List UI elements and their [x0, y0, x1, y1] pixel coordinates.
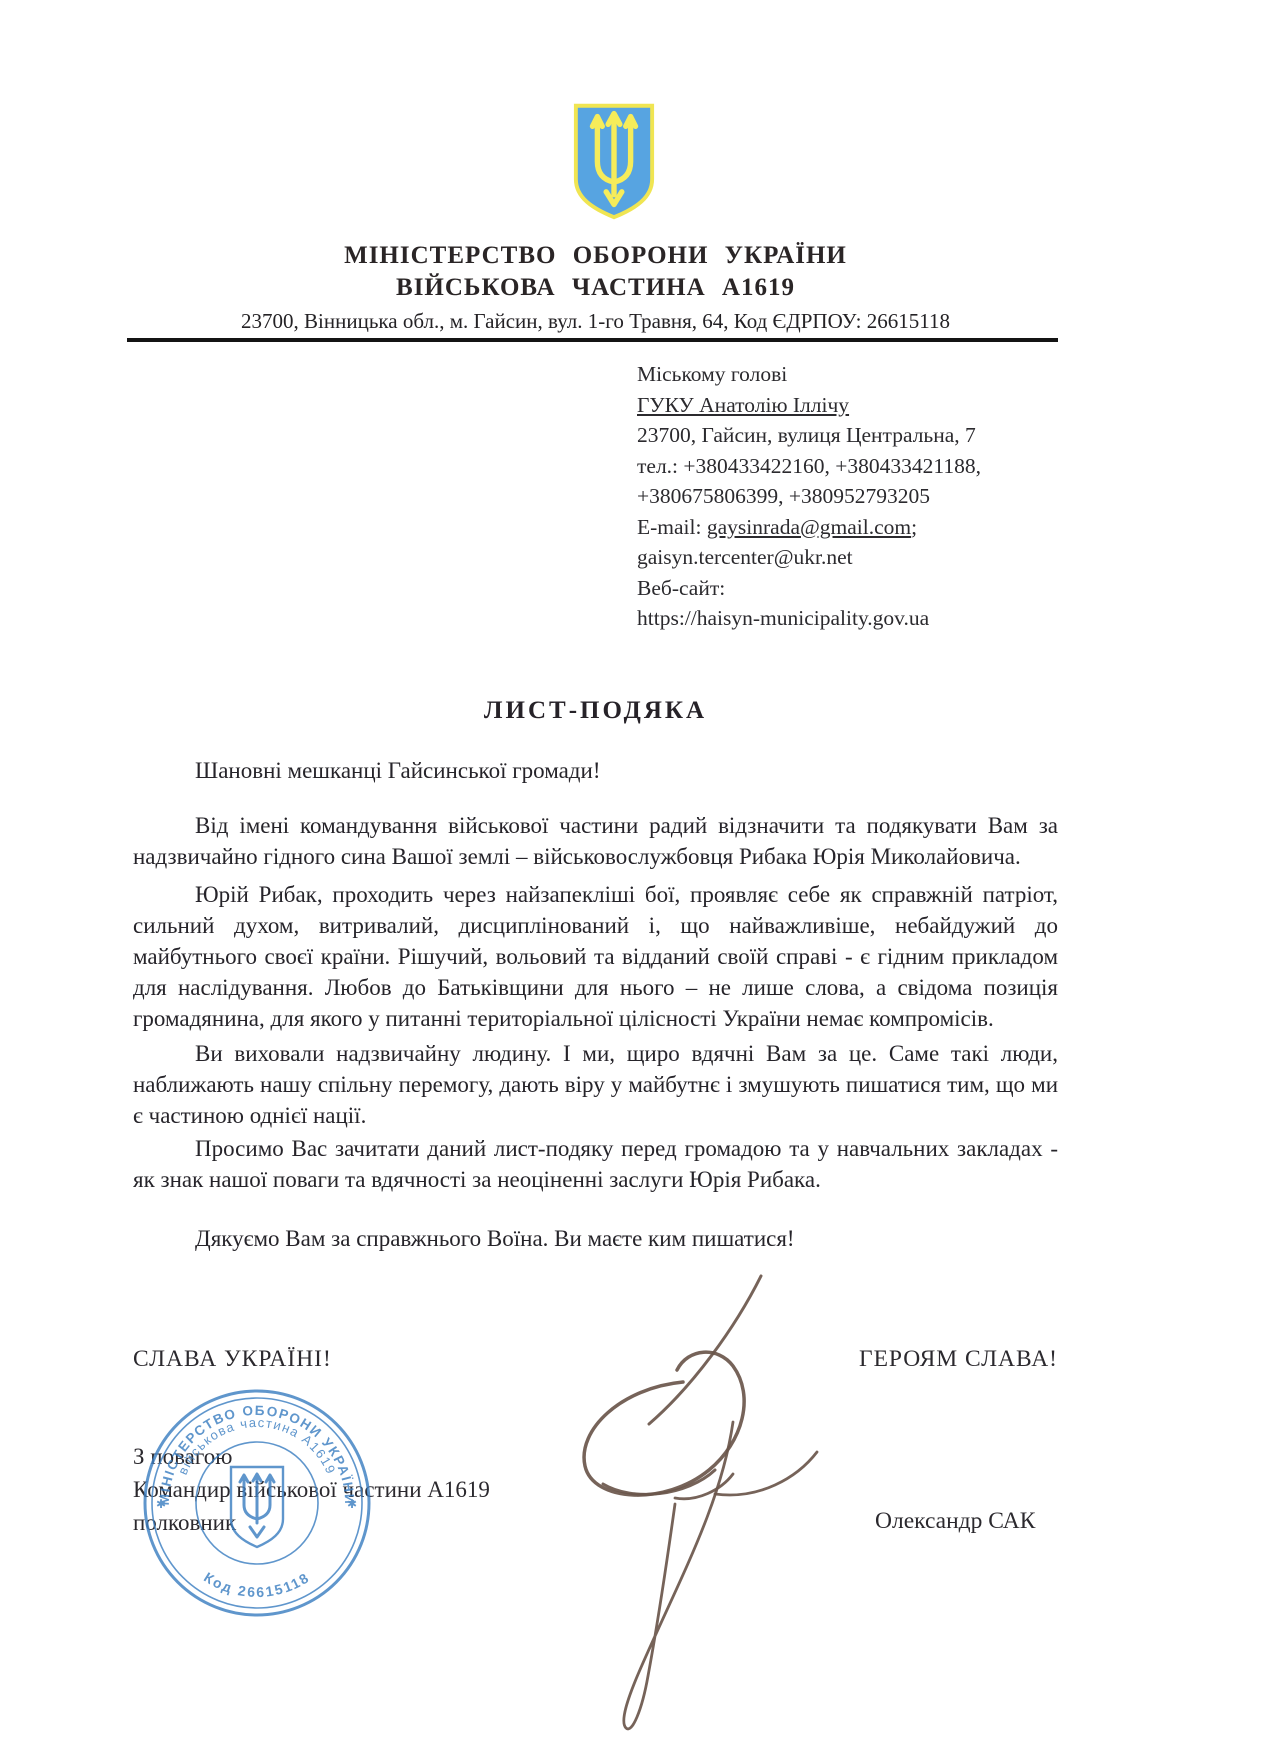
slogan-slava-ukraini: СЛАВА УКРАЇНІ! — [133, 1346, 332, 1373]
stamp-code-text: Код 26615118 — [201, 1569, 313, 1600]
stamp-star-left: ✱ — [156, 1497, 166, 1511]
paragraph-5: Дякуємо Вам за справжнього Воїна. Ви має… — [133, 1223, 1058, 1254]
round-stamp: МІНІСТЕРСТВО ОБОРОНИ УКРАЇНИ військова ч… — [138, 1384, 376, 1622]
recipient-name: ГУКУ Анатолію Іллічу — [637, 390, 1058, 421]
military-unit-name: ВІЙСЬКОВА ЧАСТИНА А1619 — [133, 274, 1058, 302]
letterhead-divider — [127, 338, 1058, 342]
handwritten-signature — [525, 1262, 835, 1740]
signer-name: Олександр САК — [875, 1508, 1035, 1535]
letterhead: МІНІСТЕРСТВО ОБОРОНИ УКРАЇНИ ВІЙСЬКОВА Ч… — [133, 98, 1058, 342]
email-primary-link[interactable]: gaysinrada@gmail.com — [707, 515, 911, 539]
recipient-email-line: E-mail: gaysinrada@gmail.com; — [637, 512, 1058, 543]
salutation: Шановні мешканці Гайсинської громади! — [133, 758, 1058, 784]
website-label: Веб-сайт: — [637, 573, 1058, 604]
stamp-star-right: ✱ — [347, 1497, 357, 1511]
paragraph-4: Просимо Вас зачитати даний лист-подяку п… — [133, 1133, 1058, 1195]
ministry-name: МІНІСТЕРСТВО ОБОРОНИ УКРАЇНИ — [133, 242, 1058, 270]
unit-address-line: 23700, Вінницька обл., м. Гайсин, вул. 1… — [133, 308, 1058, 335]
recipient-address: 23700, Гайсин, вулиця Центральна, 7 — [637, 420, 1058, 451]
email-separator: ; — [911, 515, 917, 539]
slogan-heroiam-slava: ГЕРОЯМ СЛАВА! — [859, 1346, 1058, 1373]
letter-title: ЛИСТ-ПОДЯКА — [133, 697, 1058, 725]
paragraph-3: Ви виховали надзвичайну людину. І ми, щи… — [133, 1038, 1058, 1131]
recipient-block: Міському голові ГУКУ Анатолію Іллічу 237… — [637, 359, 1058, 634]
recipient-role: Міському голові — [637, 359, 1058, 390]
email-secondary: gaisyn.tercenter@ukr.net — [637, 542, 1058, 573]
ukraine-coat-of-arms-icon — [570, 98, 658, 225]
paragraph-1: Від імені командування військової частин… — [133, 810, 1058, 872]
stamp-trident-icon — [231, 1467, 283, 1547]
website-url[interactable]: https://haisyn-municipality.gov.ua — [637, 603, 1058, 634]
paragraph-2: Юрій Рибак, проходить через найзапекліші… — [133, 879, 1058, 1034]
recipient-phone-line-2: +380675806399, +380952793205 — [637, 481, 1058, 512]
letter-page: МІНІСТЕРСТВО ОБОРОНИ УКРАЇНИ ВІЙСЬКОВА Ч… — [0, 0, 1273, 1753]
email-label: E-mail: — [637, 515, 701, 539]
recipient-phone-line-1: тел.: +380433422160, +380433421188, — [637, 451, 1058, 482]
